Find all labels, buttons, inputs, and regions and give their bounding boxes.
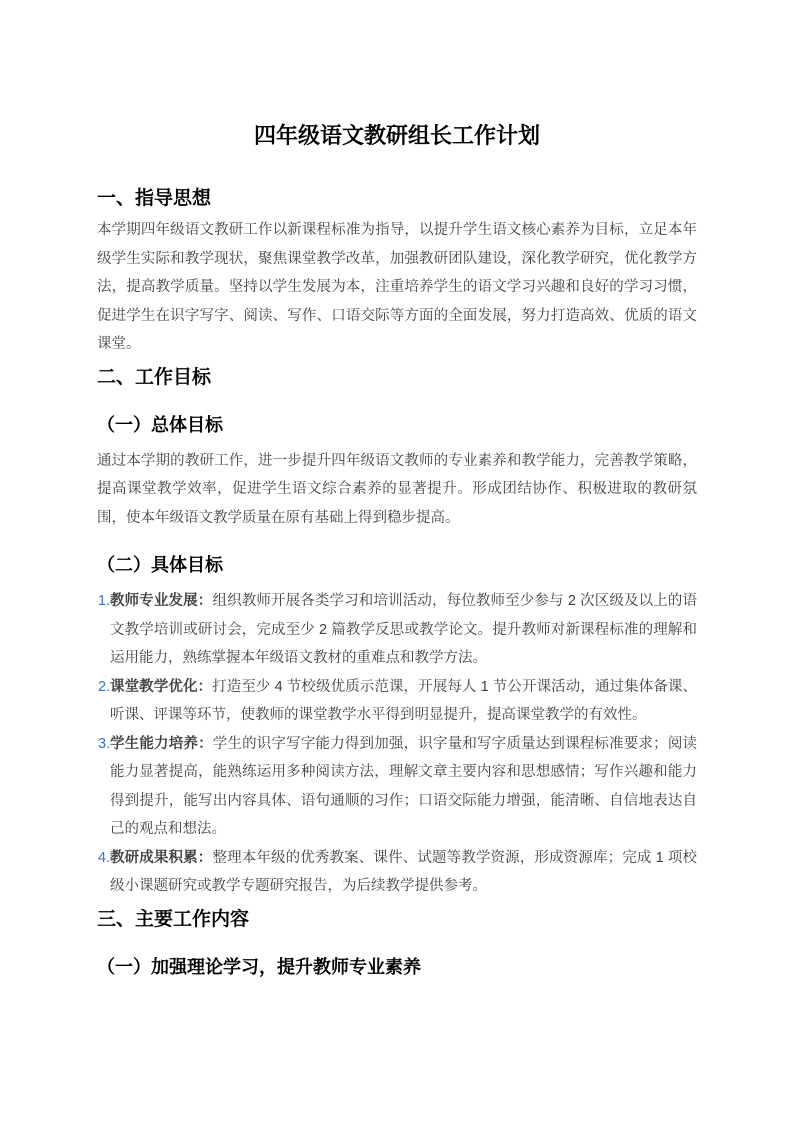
list-item-student-ability: 3.学生能力培养：学生的识字写字能力得到加强，识字量和写字质量达到课程标准要求；… — [110, 730, 697, 844]
section-heading-guiding-ideology: 一、指导思想 — [97, 185, 697, 213]
list-item-lead: 课堂教学优化： — [110, 679, 212, 695]
specific-goals-list: 1.教师专业发展：组织教师开展各类学习和培训活动，每位教师至少参与 2 次区级及… — [97, 587, 697, 901]
list-number: 1. — [98, 587, 110, 616]
list-item-research-results: 4.教研成果积累：整理本年级的优秀教案、课件、试题等教学资源，形成资源库；完成 … — [110, 844, 697, 901]
section-heading-work-goals: 二、工作目标 — [97, 364, 697, 392]
subsection-heading-specific-goals: （二）具体目标 — [97, 552, 697, 578]
list-number: 4. — [98, 844, 110, 873]
list-item-lead: 教研成果积累： — [110, 850, 212, 866]
document-title: 四年级语文教研组长工作计划 — [97, 120, 697, 152]
subsection-heading-theory-learning: （一）加强理论学习，提升教师专业素养 — [97, 954, 697, 980]
paragraph-guiding-ideology: 本学期四年级语文教研工作以新课程标准为指导，以提升学生语文核心素养为目标，立足本… — [97, 216, 697, 359]
document-page: 四年级语文教研组长工作计划 一、指导思想 本学期四年级语文教研工作以新课程标准为… — [0, 0, 793, 1122]
list-number: 3. — [98, 730, 110, 759]
paragraph-overall-goals: 通过本学期的教研工作，进一步提升四年级语文教师的专业素养和教学能力，完善教学策略… — [97, 447, 697, 533]
list-item-teacher-development: 1.教师专业发展：组织教师开展各类学习和培训活动，每位教师至少参与 2 次区级及… — [110, 587, 697, 673]
list-item-lead: 教师专业发展： — [110, 593, 212, 609]
section-heading-main-work-content: 三、主要工作内容 — [97, 906, 697, 934]
subsection-heading-overall-goals: （一）总体目标 — [97, 412, 697, 438]
list-number: 2. — [98, 673, 110, 702]
list-item-lead: 学生能力培养： — [110, 736, 213, 752]
list-item-classroom-optimization: 2.课堂教学优化：打造至少 4 节校级优质示范课，开展每人 1 节公开课活动，通… — [110, 673, 697, 730]
